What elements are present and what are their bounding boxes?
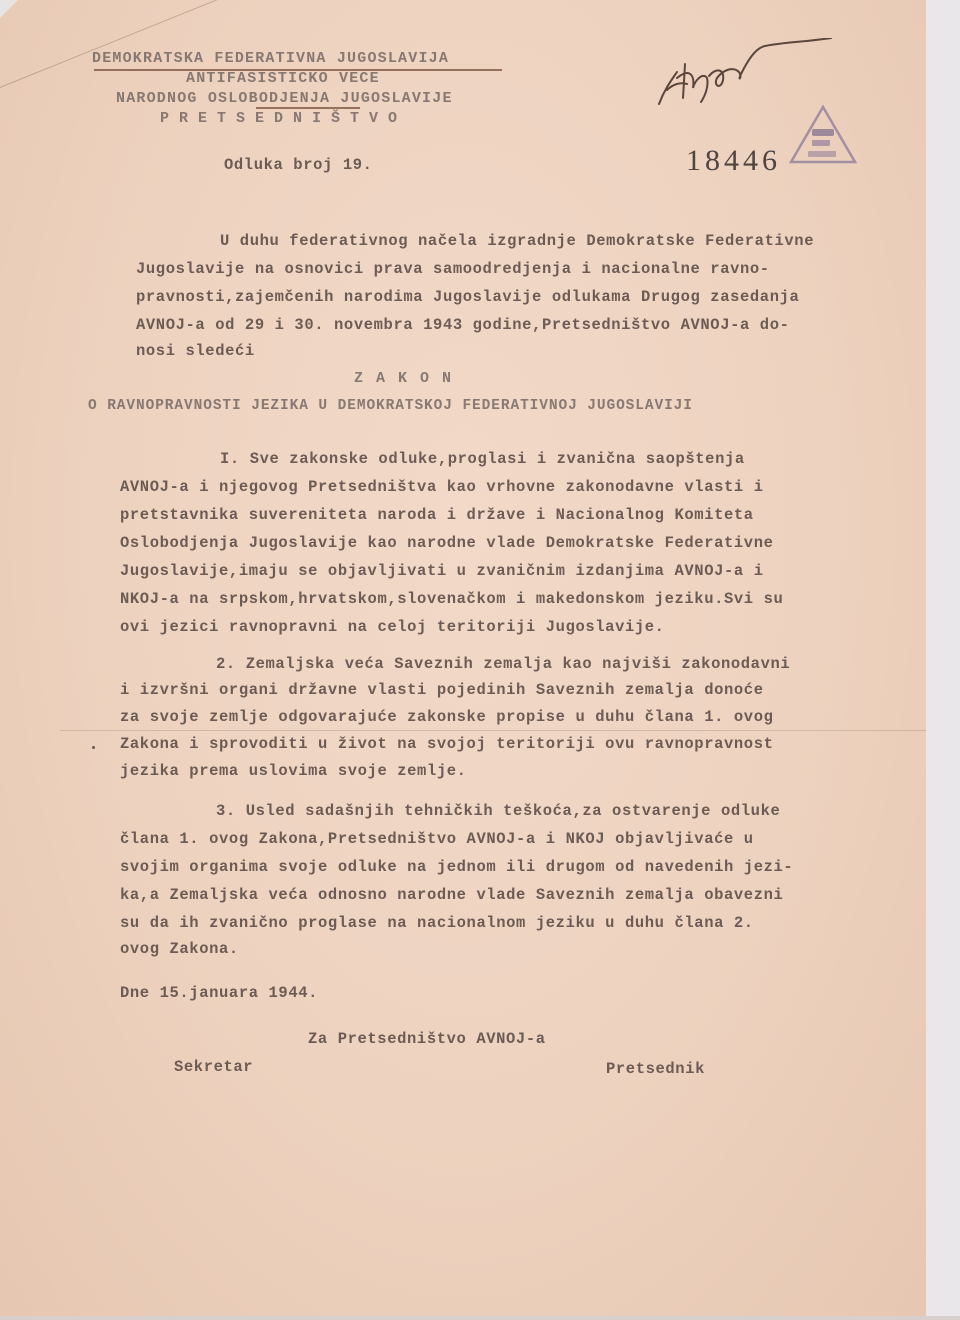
signatory-secretary: Sekretar [174,1058,253,1076]
article-2-line: jezika prema uslovima svoje zemlje. [120,762,467,780]
margin-mark [92,746,95,749]
letterhead-line-4: P R E T S E D N I Š T V O [160,110,398,127]
reference-number: 18446 [686,144,781,178]
preamble-line: Jugoslavije na osnovici prava samoodredj… [136,260,770,278]
article-1-line: NKOJ-a na srpskom,hrvatskom,slovenačkom … [120,590,783,608]
article-2-line: Zakona i sprovoditi u život na svojoj te… [120,735,774,753]
torn-corner [0,0,18,18]
article-2-line: 2. Zemaljska veća Saveznih zemalja kao n… [216,655,790,673]
article-1-line: Oslobodjenja Jugoslavije kao narodne vla… [120,534,774,552]
date-line: Dne 15.januara 1944. [120,984,318,1002]
article-1-line: pretstavnika suvereniteta naroda i držav… [120,506,754,524]
article-3-line: ka,a Zemaljska veća odnosno narodne vlad… [120,886,783,904]
scan-margin [926,0,960,1320]
article-2-line: i izvršni organi državne vlasti pojedini… [120,681,764,699]
handwritten-signature [655,38,835,108]
scan-margin [0,1316,960,1320]
article-3-line: člana 1. ovog Zakona,Pretsedništvo AVNOJ… [120,830,754,848]
letterhead-line-2: ANTIFASISTICKO VECE [186,70,380,87]
preamble-line: AVNOJ-a od 29 i 30. novembra 1943 godine… [136,316,790,334]
law-title: Z A K O N [354,370,453,387]
document-page: DEMOKRATSKA FEDERATIVNA JUGOSLAVIJA ANTI… [0,0,926,1316]
article-1-line: AVNOJ-a i njegovog Pretsedništva kao vrh… [120,478,764,496]
decision-number: Odluka broj 19. [224,156,373,174]
article-3-line: svojim organima svoje odluke na jednom i… [120,858,793,876]
letterhead-line-1: DEMOKRATSKA FEDERATIVNA JUGOSLAVIJA [92,50,449,67]
signatory-president: Pretsednik [606,1060,705,1078]
preamble-line: U duhu federativnog načela izgradnje Dem… [220,232,814,250]
law-subtitle: O RAVNOPRAVNOSTI JEZIKA U DEMOKRATSKOJ F… [88,398,693,414]
article-3-line: 3. Usled sadašnjih tehničkih teškoća,za … [216,802,780,820]
letterhead-line-3: NARODNOG OSLOBODJENJA JUGOSLAVIJE [116,90,453,107]
article-1-line: Jugoslavije,imaju se objavljivati u zvan… [120,562,764,580]
article-3-line: ovog Zakona. [120,940,239,958]
article-1-line: ovi jezici ravnopravni na celoj teritori… [120,618,665,636]
fold-crease [60,730,926,731]
signatory-heading: Za Pretsedništvo AVNOJ-a [308,1030,546,1048]
letterhead-underline [256,107,360,109]
triangle-stamp-icon [788,104,858,166]
article-2-line: za svoje zemlje odgovarajuće zakonske pr… [120,708,774,726]
preamble-line: nosi sledeći [136,342,255,360]
article-1-line: I. Sve zakonske odluke,proglasi i zvanič… [220,450,745,468]
preamble-line: pravnosti,zajemčenih narodima Jugoslavij… [136,288,799,306]
article-3-line: su da ih zvanično proglase na nacionalno… [120,914,754,932]
